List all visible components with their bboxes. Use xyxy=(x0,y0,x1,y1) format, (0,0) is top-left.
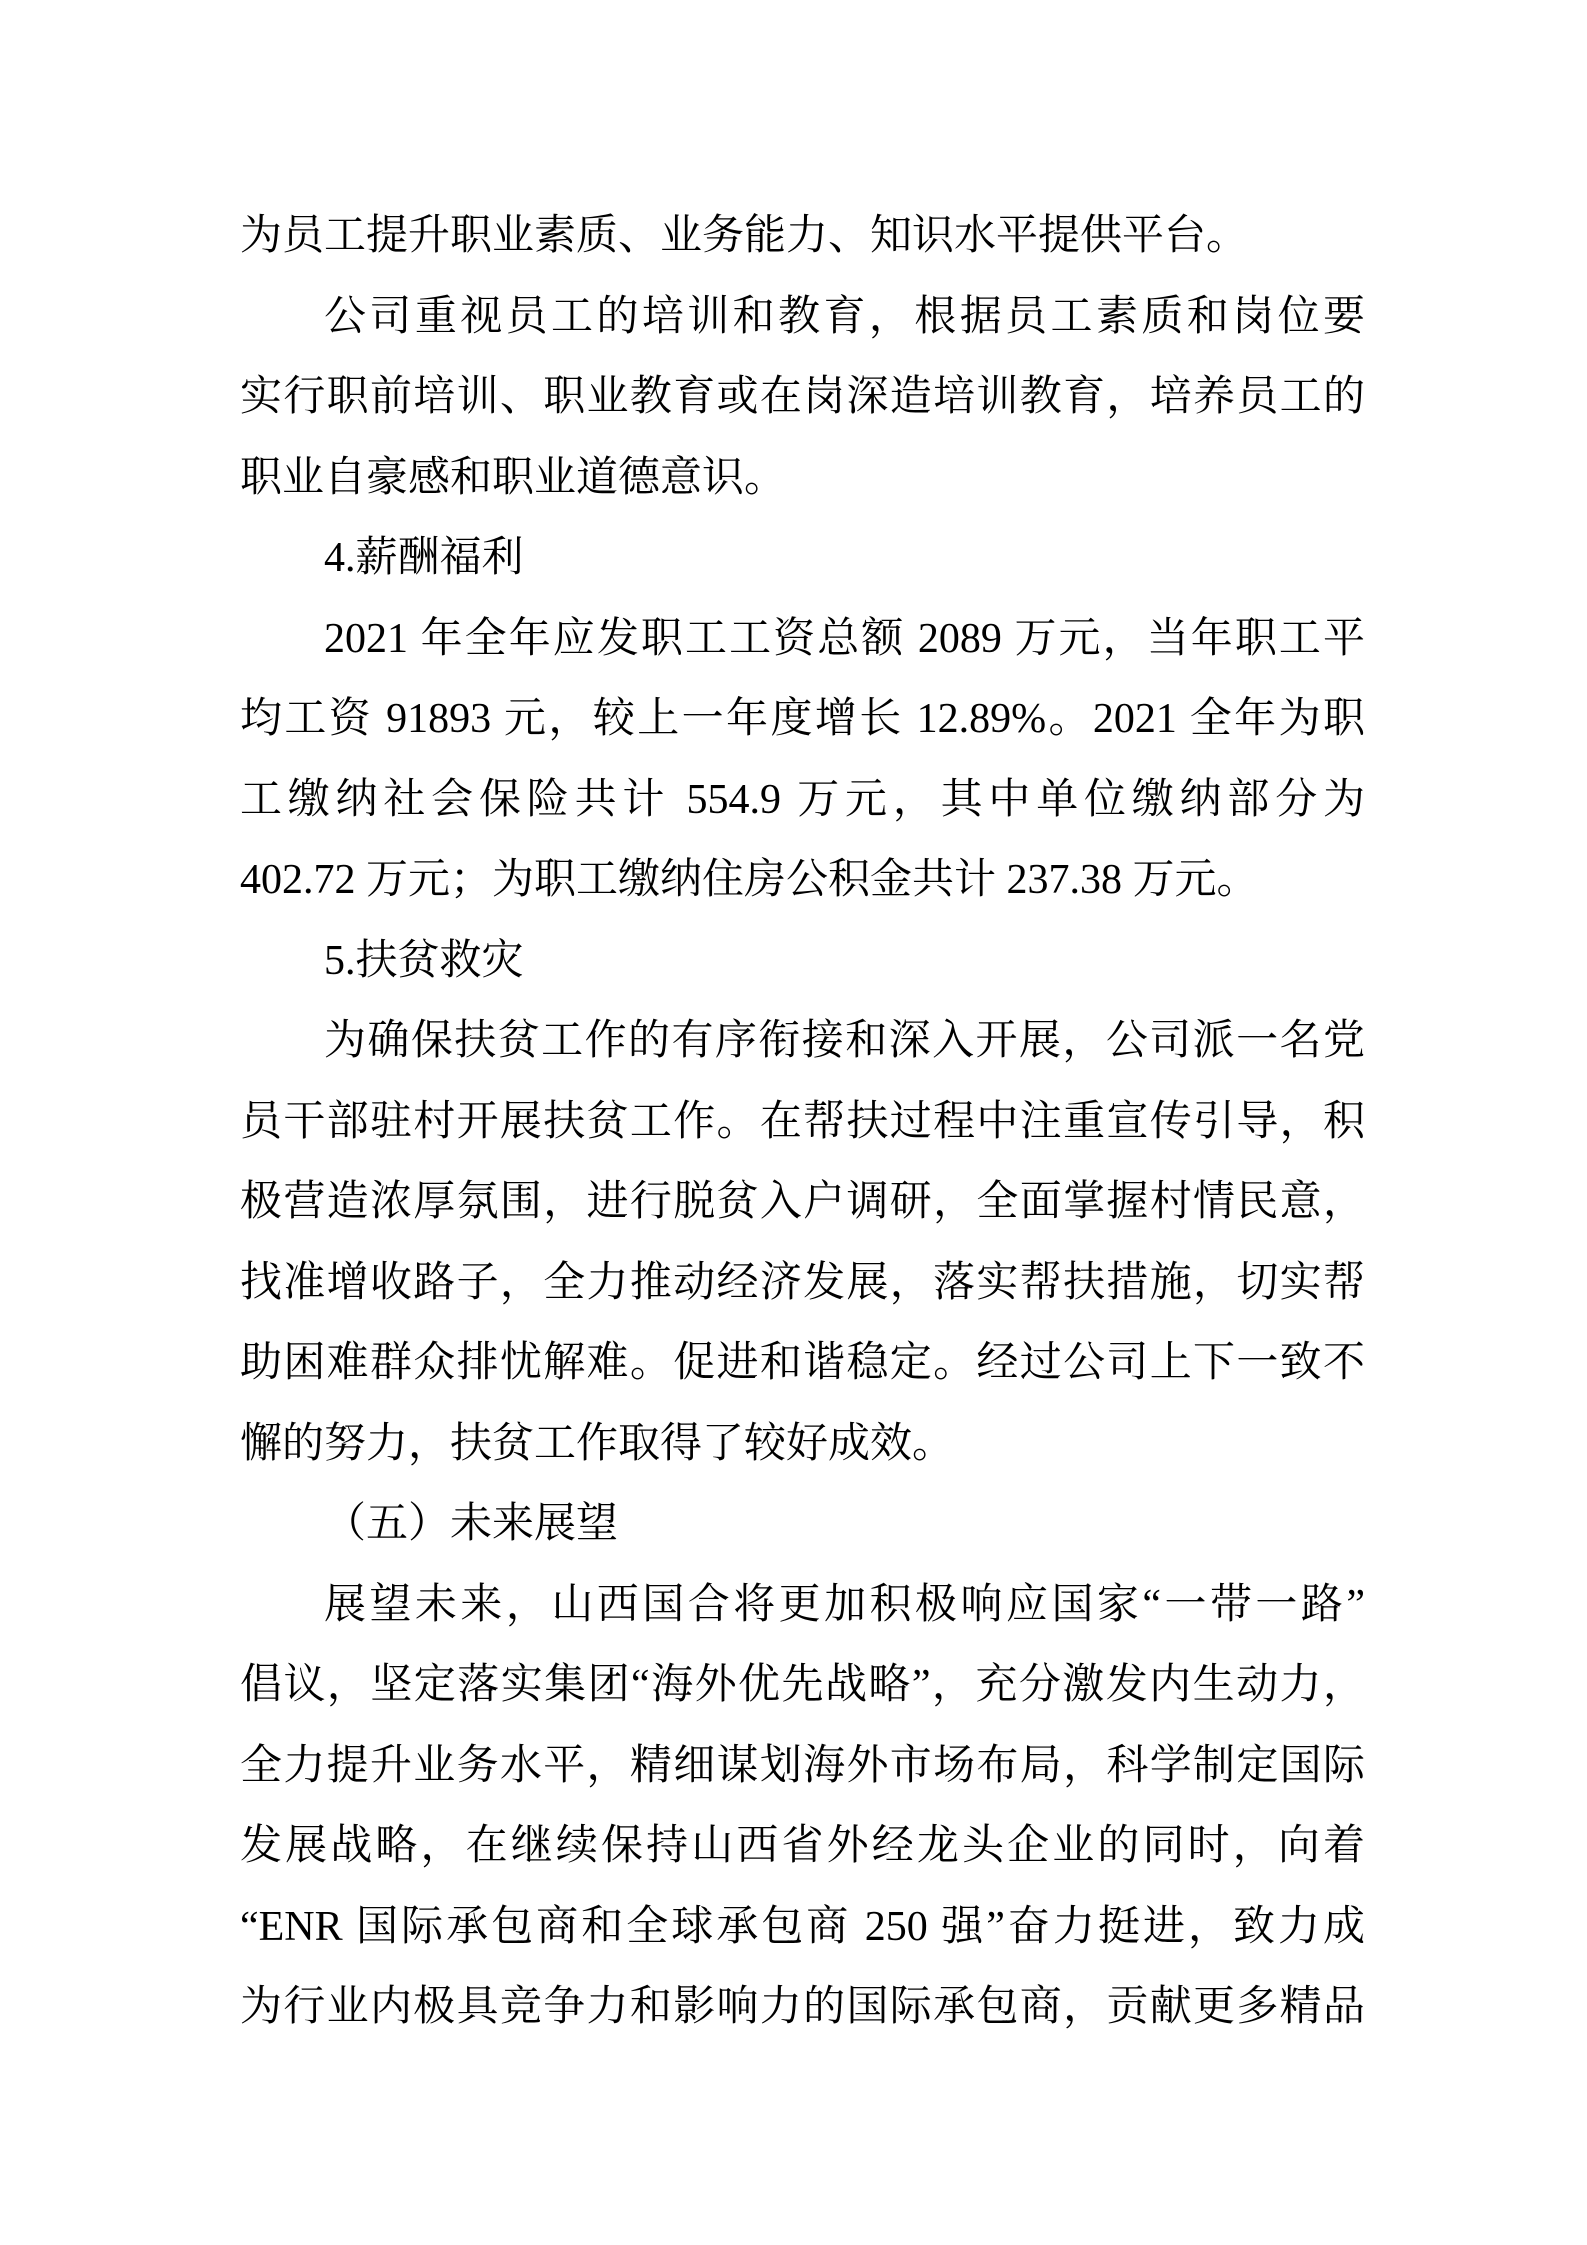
body-text-line: 公司重视员工的培训和教育，根据员工素质和岗位要求， xyxy=(240,277,1365,358)
body-text-line: 为员工提升职业素质、业务能力、知识水平提供平台。 xyxy=(240,196,1365,277)
section-heading-line: 4.薪酬福利 xyxy=(240,518,1365,599)
body-text-line: 工缴纳社会保险共计 554.9 万元，其中单位缴纳部分为 xyxy=(240,760,1365,841)
section-heading-line: 5.扶贫救灾 xyxy=(240,921,1365,1002)
body-text-line: 助困难群众排忧解难。促进和谐稳定。经过公司上下一致不 xyxy=(240,1323,1365,1404)
body-text-line: 发展战略，在继续保持山西省外经龙头企业的同时，向着 xyxy=(240,1806,1365,1887)
section-heading-line: （五）未来展望 xyxy=(240,1484,1365,1565)
body-text-line: 为确保扶贫工作的有序衔接和深入开展，公司派一名党 xyxy=(240,1001,1365,1082)
body-text-line: 为行业内极具竞争力和影响力的国际承包商，贡献更多精品 xyxy=(240,1967,1365,2048)
body-text-line: 2021 年全年应发职工工资总额 2089 万元，当年职工平 xyxy=(240,599,1365,680)
body-text-line: “ENR 国际承包商和全球承包商 250 强”奋力挺进，致力成 xyxy=(240,1887,1365,1968)
body-text-line: 402.72 万元；为职工缴纳住房公积金共计 237.38 万元。 xyxy=(240,840,1365,921)
body-text-line: 职业自豪感和职业道德意识。 xyxy=(240,438,1365,519)
body-text-line: 员干部驻村开展扶贫工作。在帮扶过程中注重宣传引导，积 xyxy=(240,1082,1365,1163)
body-text-line: 展望未来，山西国合将更加积极响应国家“一带一路” xyxy=(240,1565,1365,1646)
body-text-line: 均工资 91893 元，较上一年度增长 12.89%。2021 全年为职 xyxy=(240,679,1365,760)
body-text-line: 找准增收路子，全力推动经济发展，落实帮扶措施，切实帮 xyxy=(240,1243,1365,1324)
body-text-line: 全力提升业务水平，精细谋划海外市场布局，科学制定国际 xyxy=(240,1726,1365,1807)
body-text-line: 实行职前培训、职业教育或在岗深造培训教育，培养员工的 xyxy=(240,357,1365,438)
document-page: 为员工提升职业素质、业务能力、知识水平提供平台。 公司重视员工的培训和教育，根据… xyxy=(0,0,1587,2245)
body-text-line: 倡议，坚定落实集团“海外优先战略”，充分激发内生动力， xyxy=(240,1645,1365,1726)
body-text-line: 懈的努力，扶贫工作取得了较好成效。 xyxy=(240,1404,1365,1485)
body-text-line: 极营造浓厚氛围，进行脱贫入户调研，全面掌握村情民意， xyxy=(240,1162,1365,1243)
